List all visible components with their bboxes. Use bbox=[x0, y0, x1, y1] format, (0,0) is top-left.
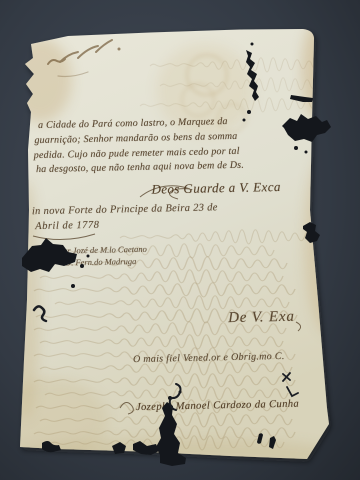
place-date-line: in nova Forte do Principe da Beira 23 de bbox=[32, 202, 218, 217]
letter-text-layer: a Cidade do Pará como lastro, o Marquez … bbox=[0, 0, 360, 480]
closing-line: Deos Guarde a V. Exca bbox=[151, 179, 281, 198]
signature: Jozephe Manoel Cardozo da Cunha bbox=[136, 399, 299, 413]
manuscript-photo: a Cidade do Pará como lastro, o Marquez … bbox=[0, 0, 360, 480]
addressee-line-2: D. Fern.do Madruga bbox=[65, 256, 137, 267]
valediction: De V. Exa bbox=[228, 309, 295, 327]
body-line-3: pedida. Cujo não pude remeter mais cedo … bbox=[34, 146, 240, 161]
compliment-line: O mais fiel Vened.or e Obrig.mo C. bbox=[133, 351, 285, 365]
body-line-4: ha desgosto, que não tenha aqui nova bem… bbox=[36, 160, 244, 175]
addressee-line-1: Snr Jozé de M.lo Caetano bbox=[59, 244, 147, 256]
body-line-1: a Cidade do Pará como lastro, o Marquez … bbox=[38, 116, 228, 131]
date-line: Abril de 1778 bbox=[35, 220, 99, 232]
body-line-2: guarnição; Senhor mandarão os bens da so… bbox=[34, 131, 237, 146]
